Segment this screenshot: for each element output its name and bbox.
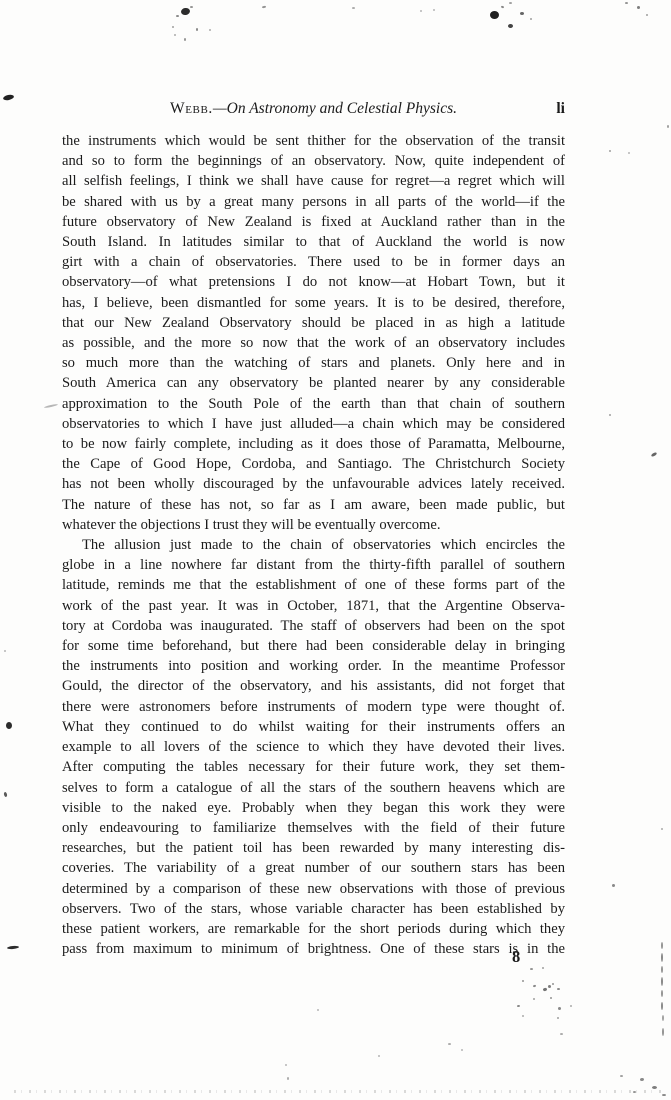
signature-mark: 8 [512,947,520,967]
ink-speck [661,1002,663,1010]
text-line: visible to the naked eye. Probably when … [62,798,565,818]
ink-speck [661,990,663,997]
ink-speck [184,38,186,41]
ink-speck [543,988,548,992]
ink-speck [661,828,663,830]
text-line: After computing the tables necessary for… [62,757,565,777]
ink-speck [557,1017,559,1019]
text-line: pass from maximum to minimum of brightne… [62,939,565,959]
ink-speck [652,1086,657,1089]
text-line: girt with a chain of observatories. Ther… [62,252,565,272]
text-line: future observatory of New Zealand is fix… [62,212,565,232]
text-line: be shared with us by a great many person… [62,192,565,212]
ink-speck [501,6,505,9]
ink-speck [176,15,179,17]
ink-speck [448,1043,451,1045]
text-line: latitude, reminds me that the establishm… [62,575,565,595]
text-line: has not been wholly discouraged by the u… [62,474,565,494]
text-line: observatories to which I have just allud… [62,414,565,434]
ink-speck [287,1077,289,1080]
ink-speck [612,884,615,887]
text-line: South America can any observatory be pla… [62,373,565,393]
ink-speck [667,125,669,128]
text-line: there were astronomers before instrument… [62,697,565,717]
text-line: determined by a comparison of these new … [62,879,565,899]
ink-speck [620,1075,623,1077]
text-line: selves to form a catalogue of all the st… [62,778,565,798]
ink-speck [190,6,193,8]
text-line: the instruments which would be sent thit… [62,131,565,151]
ink-speck [352,7,355,9]
ink-speck [508,24,513,28]
text-line: the instruments into position and workin… [62,656,565,676]
ink-speck [661,977,663,986]
ink-speck [285,1064,287,1066]
text-line: The allusion just made to the chain of o… [62,535,565,555]
article-title: —On Astronomy and Celestial Physics. [213,100,457,117]
running-head: Webb.—On Astronomy and Celestial Physics… [62,100,565,122]
text-line: tory at Cordoba was inaugurated. The sta… [62,616,565,636]
ink-speck [3,792,7,798]
text-line: all selfish feelings, I think we shall h… [62,171,565,191]
ink-speck [651,452,658,458]
ink-speck [6,722,12,729]
text-line: globe in a line nowhere far distant from… [62,555,565,575]
author-name: Webb. [170,100,213,117]
ink-speck [461,1049,463,1051]
ink-speck [628,152,630,154]
ink-speck [533,998,535,1000]
ink-speck [662,1015,664,1021]
ink-speck [609,150,611,152]
ink-speck [520,12,524,15]
ink-speck [640,1078,644,1082]
text-line: observers. Two of the stars, whose varia… [62,899,565,919]
ink-speck [4,650,6,652]
ink-speck [560,1033,563,1035]
ink-speck [557,988,560,990]
text-line: for some time beforehand, but there had … [62,636,565,656]
ink-speck [378,1055,380,1057]
text-line: whatever the objections I trust they wil… [62,515,565,535]
ink-speck [196,28,198,31]
paragraph: the instruments which would be sent thit… [62,131,565,535]
text-line: observatory—of what pretensions I do not… [62,272,565,292]
ink-speck [317,1009,319,1011]
text-line: only endeavouring to familiarize themsel… [62,818,565,838]
text-line: to be now fairly complete, including as … [62,434,565,454]
text-line: researches, but the patient toil has bee… [62,838,565,858]
ink-speck [180,7,190,15]
ink-speck [509,2,512,4]
ink-speck [522,980,524,982]
text-line: approximation to the South Pole of the e… [62,394,565,414]
ink-speck [530,968,533,970]
text-line: work of the past year. It was in October… [62,596,565,616]
ink-speck [662,1028,664,1036]
ink-speck [661,966,663,973]
paragraph: The allusion just made to the chain of o… [62,535,565,959]
ink-speck [533,985,536,988]
ink-speck [661,942,663,949]
scanned-page: Webb.—On Astronomy and Celestial Physics… [0,0,671,1100]
ink-speck [172,26,174,28]
text-line: that our New Zealand Observatory should … [62,313,565,333]
text-line: example to all lovers of the science to … [62,737,565,757]
running-head-text: Webb.—On Astronomy and Celestial Physics… [62,100,565,118]
ink-speck [44,404,58,409]
ink-speck [625,2,628,4]
text-line: as possible, and the more so now that th… [62,333,565,353]
ink-speck [662,1094,666,1096]
ink-speck [548,985,551,988]
ink-speck [550,997,552,999]
text-line: Gould, the director of the observatory, … [62,676,565,696]
text-line: The nature of these has not, so far as I… [62,495,565,515]
ink-speck [570,1005,572,1007]
ink-speck [637,6,640,9]
text-line: has, I believe, been dismantled for some… [62,293,565,313]
text-line: the Cape of Good Hope, Cordoba, and Sant… [62,454,565,474]
page-number: li [556,100,565,118]
ink-speck [558,1007,561,1010]
ink-speck [661,953,663,962]
ink-speck [522,1015,524,1017]
ink-speck [7,945,19,949]
text-line: coveries. The variability of a great num… [62,858,565,878]
ink-speck [262,6,266,9]
page-body: the instruments which would be sent thit… [62,131,565,959]
text-line: What they continued to do whilst waiting… [62,717,565,737]
ink-speck [542,967,544,969]
text-line: and so to form the beginnings of an obse… [62,151,565,171]
ink-speck [609,414,611,416]
ink-speck [490,11,499,19]
ink-speck [530,18,532,20]
ink-speck [3,94,15,101]
ink-speck [433,9,435,11]
text-line: these patient workers, are remarkable fo… [62,919,565,939]
ink-speck [517,1005,520,1007]
ink-speck [209,29,211,31]
ink-speck [552,983,554,985]
scan-noise-band [14,1090,662,1093]
ink-speck [174,34,176,36]
ink-speck [420,10,422,12]
text-line: South Island. In latitudes similar to th… [62,232,565,252]
ink-speck [646,14,648,16]
text-line: so much more than the watching of stars … [62,353,565,373]
